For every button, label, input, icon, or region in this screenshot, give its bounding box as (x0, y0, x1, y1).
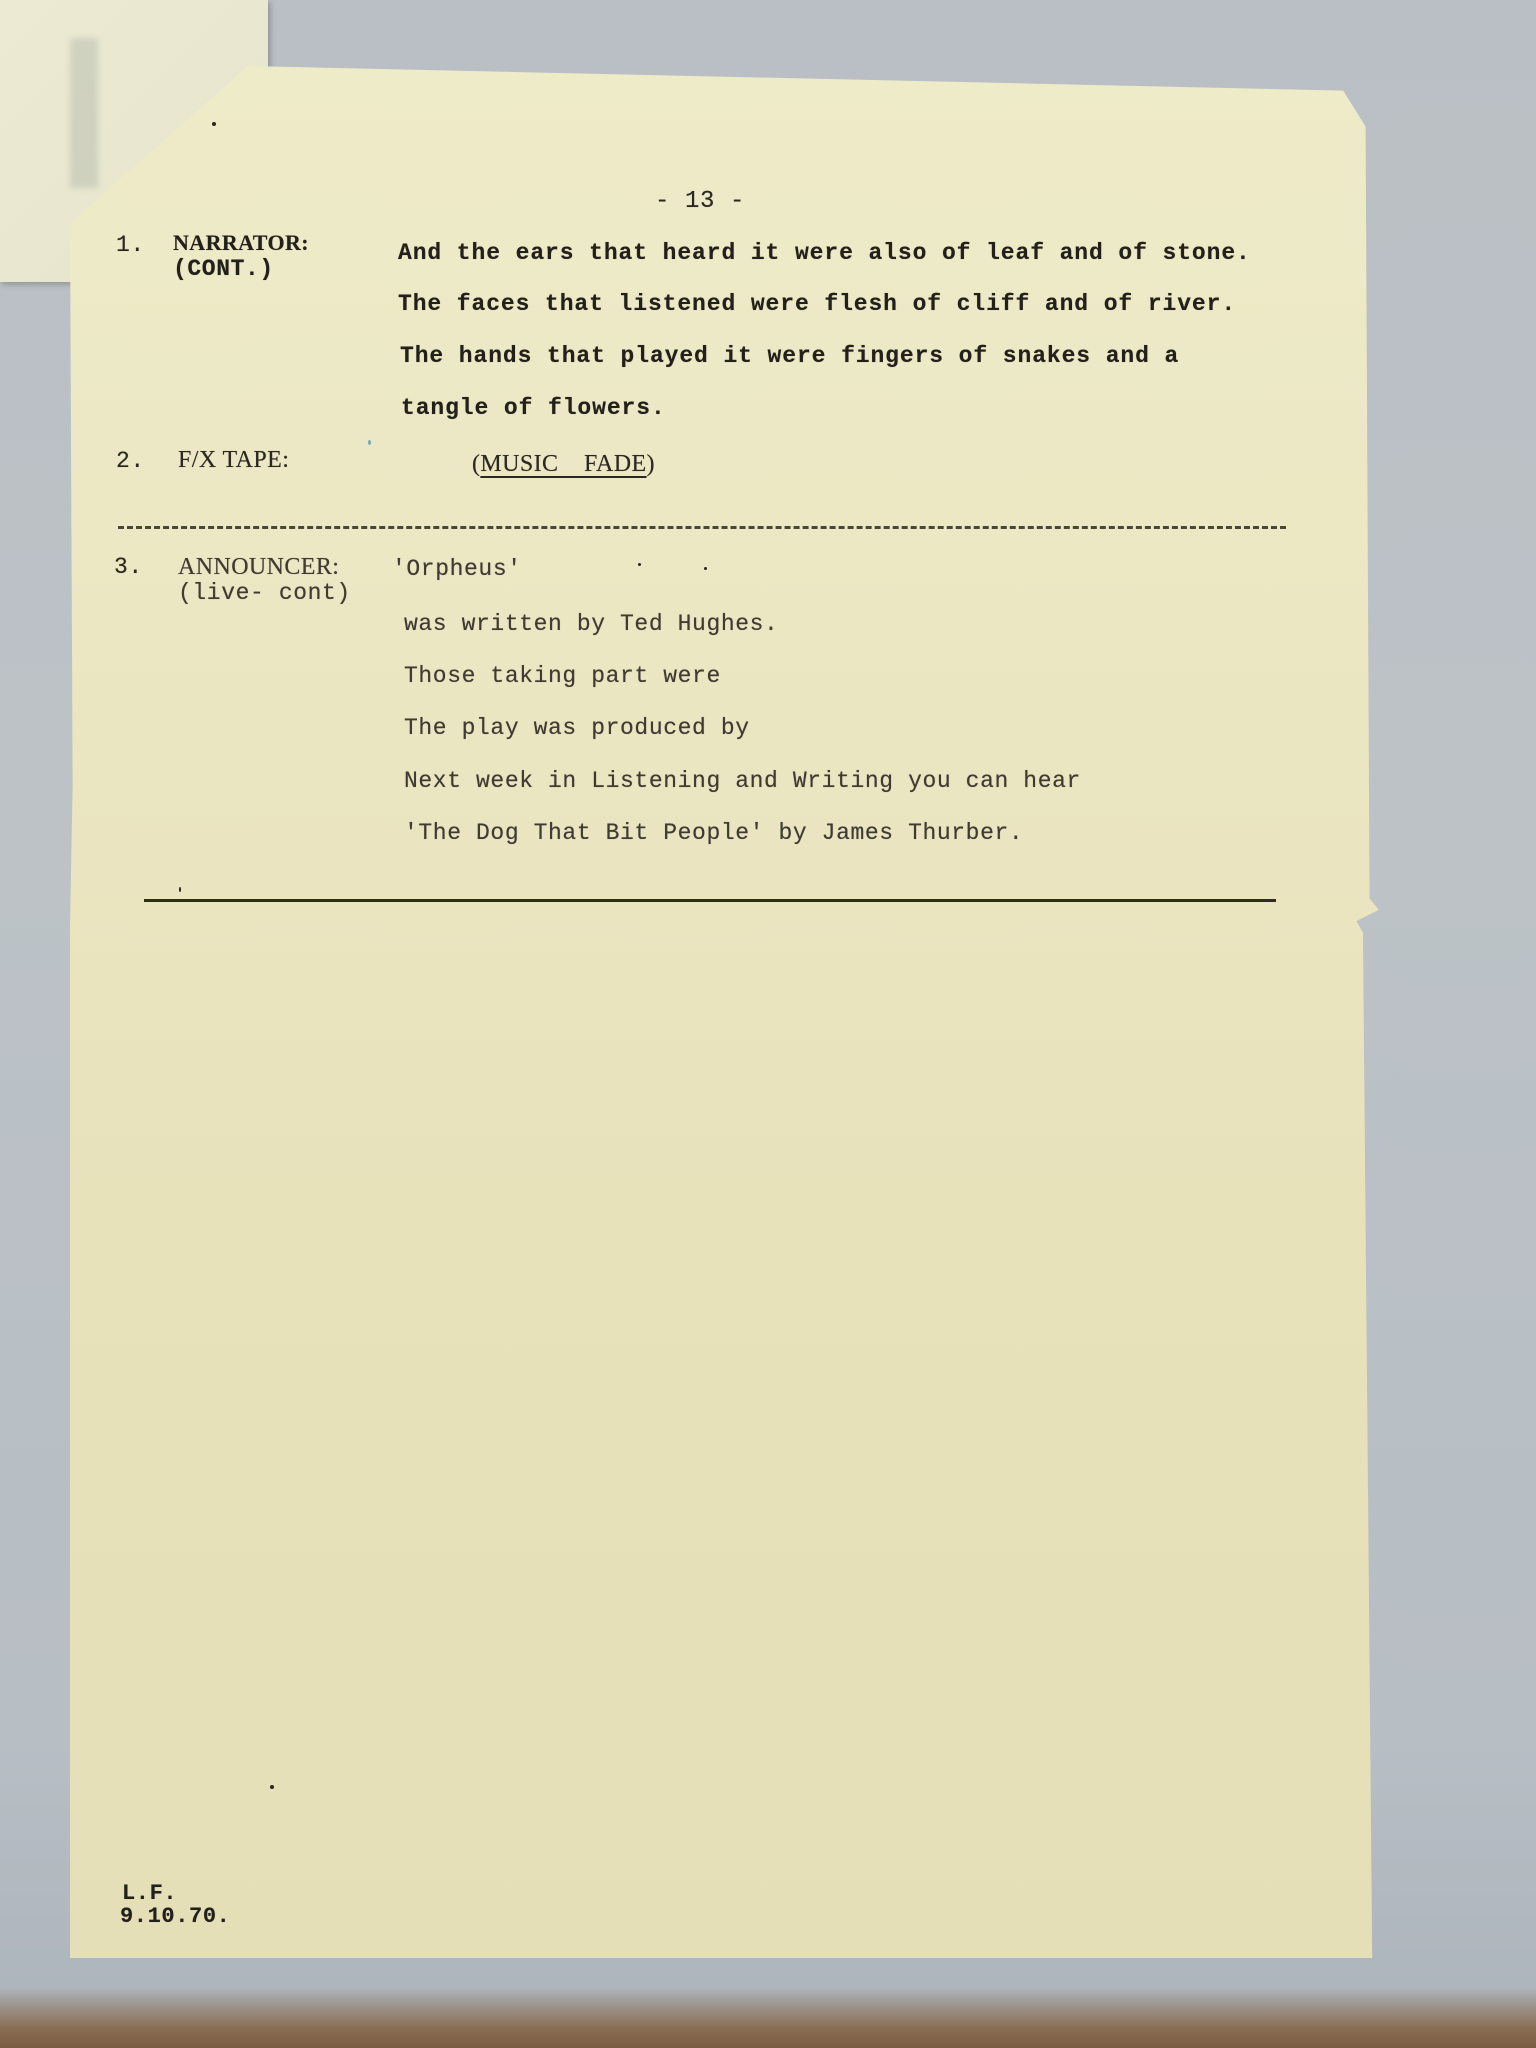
cue-text: MUSIC FADE (480, 451, 646, 477)
footer-initials: L.F. (122, 1883, 177, 1905)
entry-3-number: 3. (114, 556, 143, 579)
entry-2-number: 2. (116, 450, 145, 473)
entry-3-line-6: 'The Dog That Bit People' by James Thurb… (404, 822, 1023, 845)
ink-speck (212, 122, 216, 126)
entry-1-line-3: The hands that played it were fingers of… (400, 345, 1179, 368)
entry-3-line-2: was written by Ted Hughes. (404, 613, 778, 636)
entry-1-speaker: NARRATOR: (173, 232, 309, 254)
solid-section-divider (144, 899, 1276, 902)
ink-speck (270, 1785, 274, 1789)
entry-2-cue: (MUSIC FADE) (472, 452, 655, 476)
entry-1-number: 1. (116, 234, 145, 257)
ink-speck (638, 563, 641, 566)
entry-3-line-1: 'Orpheus' (392, 558, 522, 581)
entry-1-line-4: tangle of flowers. (401, 397, 666, 420)
cue-close-paren: ) (647, 451, 655, 477)
footer-date: 9.10.70. (120, 1906, 230, 1928)
entry-3-line-4: The play was produced by (404, 717, 750, 740)
ink-speck (704, 567, 707, 570)
entry-3-line-3: Those taking part were (404, 665, 721, 688)
entry-1-speaker-note: (CONT.) (173, 258, 274, 281)
page-number: - 13 - (655, 190, 745, 214)
entry-2-speaker: F/X TAPE: (178, 448, 289, 472)
entry-3-line-5: Next week in Listening and Writing you c… (404, 770, 1081, 793)
entry-1-line-2: The faces that listened were flesh of cl… (398, 293, 1236, 316)
ink-speck (179, 887, 181, 892)
dashed-section-divider (118, 526, 1286, 529)
entry-3-speaker-note: (live- cont) (178, 582, 351, 605)
ink-smudge (70, 38, 98, 188)
entry-3-speaker: ANNOUNCER: (178, 555, 339, 579)
blue-ink-speck (368, 440, 371, 445)
entry-1-line-1: And the ears that heard it were also of … (398, 242, 1251, 265)
